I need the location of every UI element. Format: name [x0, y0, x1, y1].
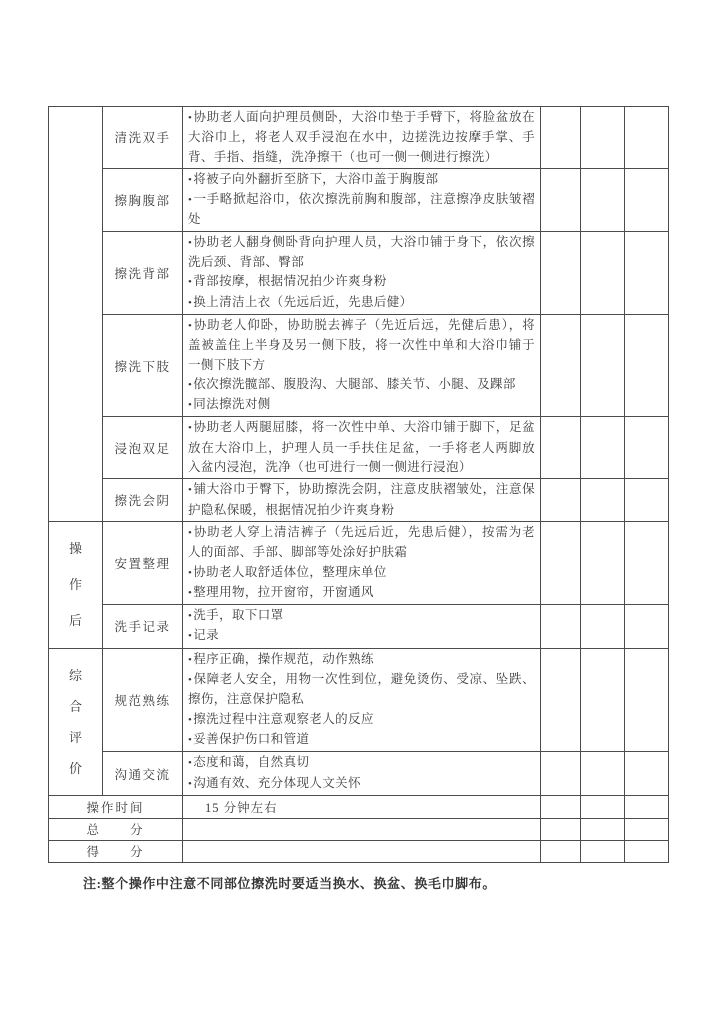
score-cell [581, 521, 625, 604]
footnote: 注:整个操作中注意不同部位擦洗时要适当换水、换盆、换毛巾脚布。 [83, 873, 668, 892]
score-cell [541, 314, 581, 416]
score-cell [625, 795, 669, 818]
step-description-cell: 铺大浴巾于臀下，协助擦洗会阴，注意皮肤褶皱处，注意保护隐私保暖，根据情况拍少许爽… [183, 479, 541, 522]
step-name-cell: 沟通交流 [103, 752, 183, 796]
step-description-cell: 程序正确，操作规范，动作熟练 保障老人安全，用物一次性到位，避免烫伤、受凉、坠跌… [183, 648, 541, 751]
table-row: 清洗双手 协助老人面向护理员侧卧，大浴巾垫于手臂下，将脸盆放在大浴巾上，将老人双… [49, 107, 669, 169]
category-label: 综合评价 [68, 660, 83, 784]
bullet-item: 洗手，取下口罩 [188, 606, 535, 626]
score-cell [625, 818, 669, 840]
score-cell [625, 168, 669, 231]
operation-time-label-cell: 操作时间 [49, 795, 183, 818]
bullet-item: 沟通有效、充分体现人文关怀 [188, 774, 535, 794]
table-row: 洗手记录 洗手，取下口罩 记录 [49, 605, 669, 649]
bullet-item: 协助老人取舒适体位，整理床单位 [188, 563, 535, 583]
bullet-item: 擦洗过程中注意观察老人的反应 [188, 710, 535, 730]
table-row: 沟通交流 态度和蔼，自然真切 沟通有效、充分体现人文关怀 [49, 752, 669, 796]
step-description-cell: 协助老人仰卧，协助脱去裤子（先近后远，先健后患），将盖被盖住上半身及另一侧下肢，… [183, 314, 541, 416]
bullet-item: 协助老人翻身侧卧背向护理人员，大浴巾铺于身下，依次擦洗后颈、背部、臀部 [188, 233, 535, 273]
step-name-cell: 浸泡双足 [103, 417, 183, 479]
score-cell [581, 840, 625, 862]
score-cell [625, 107, 669, 169]
table-row: 浸泡双足 协助老人两腿屈膝，将一次性中单、大浴巾铺于脚下，足盆放在大浴巾上，护理… [49, 417, 669, 479]
step-description-cell: 协助老人穿上清洁裤子（先远后近，先患后健），按需为老人的面部、手部、脚部等处涂好… [183, 521, 541, 604]
score-cell [625, 840, 669, 862]
step-description-cell: 协助老人翻身侧卧背向护理人员，大浴巾铺于身下，依次擦洗后颈、背部、臀部 背部按摩… [183, 231, 541, 314]
step-description-cell: 将被子向外翻折至脐下，大浴巾盖于胸腹部 一手略掀起浴巾，依次擦洗前胸和腹部，注意… [183, 168, 541, 231]
category-label: 操作后 [68, 531, 83, 639]
bullet-item: 协助老人两腿屈膝，将一次性中单、大浴巾铺于脚下，足盆放在大浴巾上，护理人员一手扶… [188, 418, 535, 477]
table-row: 总 分 [49, 818, 669, 840]
table-row: 擦胸腹部 将被子向外翻折至脐下，大浴巾盖于胸腹部 一手略掀起浴巾，依次擦洗前胸和… [49, 168, 669, 231]
step-name-cell: 安置整理 [103, 521, 183, 604]
score-cell [625, 648, 669, 751]
category-cell-overall-evaluation: 综合评价 [49, 648, 103, 795]
score-cell [581, 231, 625, 314]
bullet-item: 铺大浴巾于臀下，协助擦洗会阴，注意皮肤褶皱处，注意保护隐私保暖，根据情况拍少许爽… [188, 480, 535, 520]
bullet-item: 妥善保护伤口和管道 [188, 730, 535, 750]
total-score-value-cell [183, 818, 541, 840]
score-cell [581, 818, 625, 840]
bullet-item: 整理用物，拉开窗帘，开窗通风 [188, 583, 535, 603]
score-cell [625, 479, 669, 522]
score-cell [581, 107, 625, 169]
step-name-cell: 擦洗下肢 [103, 314, 183, 416]
bullet-item: 协助老人仰卧，协助脱去裤子（先近后远，先健后患），将盖被盖住上半身及另一侧下肢，… [188, 316, 535, 375]
score-cell [581, 479, 625, 522]
step-name-cell: 洗手记录 [103, 605, 183, 649]
score-cell [625, 605, 669, 649]
table-row: 擦洗会阴 铺大浴巾于臀下，协助擦洗会阴，注意皮肤褶皱处，注意保护隐私保暖，根据情… [49, 479, 669, 522]
table-row: 得 分 [49, 840, 669, 862]
score-cell [625, 521, 669, 604]
score-cell [541, 795, 581, 818]
table-row: 擦洗下肢 协助老人仰卧，协助脱去裤子（先近后远，先健后患），将盖被盖住上半身及另… [49, 314, 669, 416]
bullet-item: 态度和蔼，自然真切 [188, 753, 535, 773]
score-cell [541, 231, 581, 314]
step-description-cell: 态度和蔼，自然真切 沟通有效、充分体现人文关怀 [183, 752, 541, 796]
score-cell [581, 752, 625, 796]
obtained-score-label-cell: 得 分 [49, 840, 183, 862]
step-name-cell: 擦胸腹部 [103, 168, 183, 231]
category-cell-blank [49, 107, 103, 522]
obtained-score-value-cell [183, 840, 541, 862]
score-cell [625, 752, 669, 796]
operation-time-value-cell: 15 分钟左右 [183, 795, 541, 818]
bullet-item: 同法擦洗对侧 [188, 395, 535, 415]
table-row: 综合评价 规范熟练 程序正确，操作规范，动作熟练 保障老人安全，用物一次性到位，… [49, 648, 669, 751]
bullet-item: 背部按摩，根据情况拍少许爽身粉 [188, 272, 535, 292]
score-cell [541, 605, 581, 649]
score-cell [541, 521, 581, 604]
bullet-item: 依次擦洗髋部、腹股沟、大腿部、膝关节、小腿、及踝部 [188, 375, 535, 395]
step-description-cell: 协助老人面向护理员侧卧，大浴巾垫于手臂下，将脸盆放在大浴巾上，将老人双手浸泡在水… [183, 107, 541, 169]
score-cell [541, 818, 581, 840]
score-cell [581, 168, 625, 231]
step-description-cell: 协助老人两腿屈膝，将一次性中单、大浴巾铺于脚下，足盆放在大浴巾上，护理人员一手扶… [183, 417, 541, 479]
step-name-cell: 清洗双手 [103, 107, 183, 169]
bullet-item: 协助老人面向护理员侧卧，大浴巾垫于手臂下，将脸盆放在大浴巾上，将老人双手浸泡在水… [188, 108, 535, 167]
score-cell [581, 314, 625, 416]
category-cell-after-operation: 操作后 [49, 521, 103, 648]
score-cell [541, 479, 581, 522]
score-cell [541, 417, 581, 479]
procedure-assessment-table: 清洗双手 协助老人面向护理员侧卧，大浴巾垫于手臂下，将脸盆放在大浴巾上，将老人双… [48, 106, 669, 863]
score-cell [625, 417, 669, 479]
score-cell [581, 795, 625, 818]
table-row: 操作后 安置整理 协助老人穿上清洁裤子（先远后近，先患后健），按需为老人的面部、… [49, 521, 669, 604]
bullet-item: 记录 [188, 626, 535, 646]
step-name-cell: 规范熟练 [103, 648, 183, 751]
bullet-item: 换上清洁上衣（先远后近，先患后健） [188, 293, 535, 313]
score-cell [541, 648, 581, 751]
step-name-cell: 擦洗会阴 [103, 479, 183, 522]
score-cell [541, 107, 581, 169]
bullet-item: 协助老人穿上清洁裤子（先远后近，先患后健），按需为老人的面部、手部、脚部等处涂好… [188, 523, 535, 563]
bullet-item: 一手略掀起浴巾，依次擦洗前胸和腹部，注意擦净皮肤皱褶处 [188, 190, 535, 230]
document-page: 清洗双手 协助老人面向护理员侧卧，大浴巾垫于手臂下，将脸盆放在大浴巾上，将老人双… [0, 0, 715, 1011]
total-score-label-cell: 总 分 [49, 818, 183, 840]
score-cell [581, 605, 625, 649]
score-cell [581, 417, 625, 479]
score-cell [625, 314, 669, 416]
score-cell [541, 168, 581, 231]
bullet-item: 保障老人安全，用物一次性到位，避免烫伤、受凉、坠跌、擦伤，注意保护隐私 [188, 670, 535, 710]
step-description-cell: 洗手，取下口罩 记录 [183, 605, 541, 649]
score-cell [541, 752, 581, 796]
bullet-item: 将被子向外翻折至脐下，大浴巾盖于胸腹部 [188, 170, 535, 190]
score-cell [541, 840, 581, 862]
score-cell [581, 648, 625, 751]
step-name-cell: 擦洗背部 [103, 231, 183, 314]
bullet-item: 程序正确，操作规范，动作熟练 [188, 650, 535, 670]
score-cell [625, 231, 669, 314]
table-row: 操作时间 15 分钟左右 [49, 795, 669, 818]
table-row: 擦洗背部 协助老人翻身侧卧背向护理人员，大浴巾铺于身下，依次擦洗后颈、背部、臀部… [49, 231, 669, 314]
